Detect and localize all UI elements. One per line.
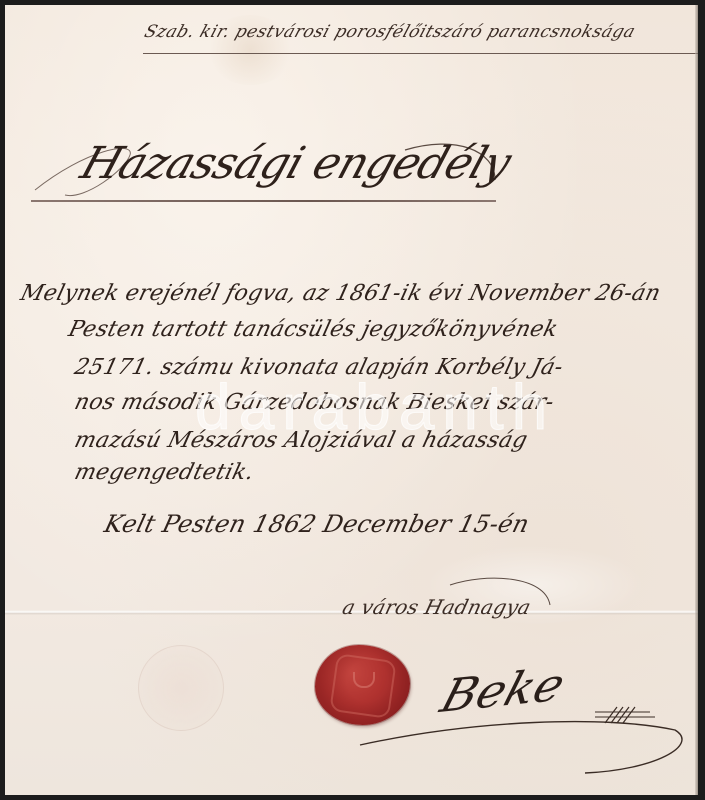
dateline: Kelt Pesten 1862 December 15-én: [102, 510, 533, 538]
header-underline: [143, 53, 698, 54]
document-title: Házassági engedély: [75, 138, 517, 189]
watermark: darabanth: [195, 370, 555, 444]
closing-title: a város Hadnagya: [340, 595, 534, 619]
faded-stamp-mark: [138, 645, 224, 731]
body-line-6: megengedtetik.: [72, 460, 257, 485]
image-frame: Szab. kir. pestvárosi porosfélőitszáró p…: [0, 0, 705, 800]
signature-flourish: [355, 695, 695, 785]
title-underline: [31, 200, 496, 202]
document-paper: Szab. kir. pestvárosi porosfélőitszáró p…: [5, 5, 698, 795]
body-line-1: Melynek erejénél fogva, az 1861-ik évi N…: [18, 281, 663, 306]
body-line-2: Pesten tartott tanácsülés jegyzőkönyvéne…: [66, 317, 561, 342]
document-header: Szab. kir. pestvárosi porosfélőitszáró p…: [142, 22, 638, 42]
